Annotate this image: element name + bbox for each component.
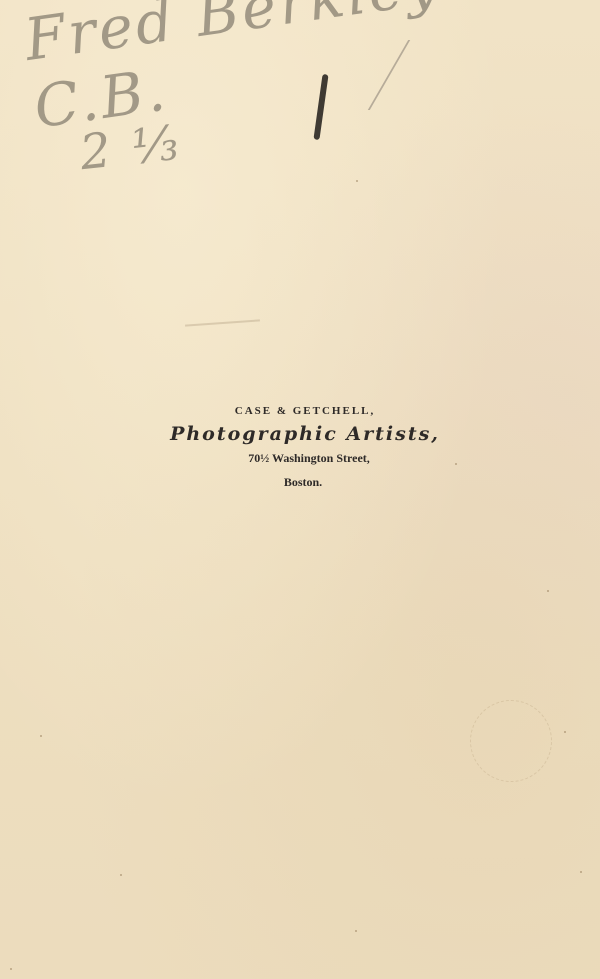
speck: [120, 874, 122, 876]
speck: [40, 735, 42, 737]
speck: [356, 180, 358, 182]
studio-imprint: CASE & GETCHELL, Photographic Artists, 7…: [0, 405, 600, 490]
handwritten-name: Fred Berkley C.B.: [21, 0, 600, 141]
studio-title: Photographic Artists,: [10, 423, 600, 445]
handwritten-number: 2 ⅓: [77, 115, 184, 181]
faint-stain: [470, 700, 552, 782]
studio-address: 70½ Washington Street,: [18, 451, 600, 466]
speck: [10, 968, 12, 970]
photo-card-back: Fred Berkley C.B. 2 ⅓ CASE & GETCHELL, P…: [0, 0, 600, 979]
studio-city: Boston.: [6, 475, 600, 490]
speck: [564, 731, 566, 733]
speck: [355, 930, 357, 932]
speck: [580, 871, 582, 873]
speck: [547, 590, 549, 592]
speck: [455, 463, 457, 465]
faint-pencil-line: [185, 319, 260, 326]
studio-name: CASE & GETCHELL,: [10, 405, 600, 417]
